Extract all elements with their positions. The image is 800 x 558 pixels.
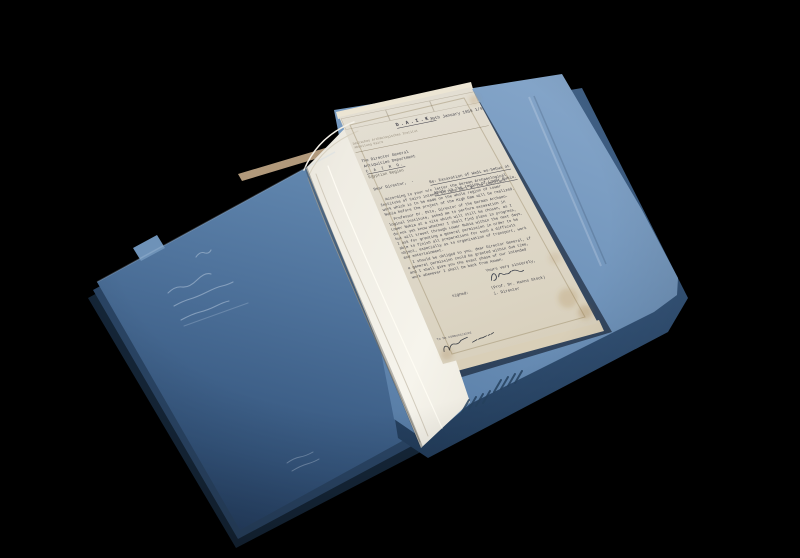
photo-vignette: [0, 0, 800, 558]
photo-of-open-file-folder: D.A.I.K. 29th January 1959 1/9 Deutsches…: [0, 0, 800, 558]
